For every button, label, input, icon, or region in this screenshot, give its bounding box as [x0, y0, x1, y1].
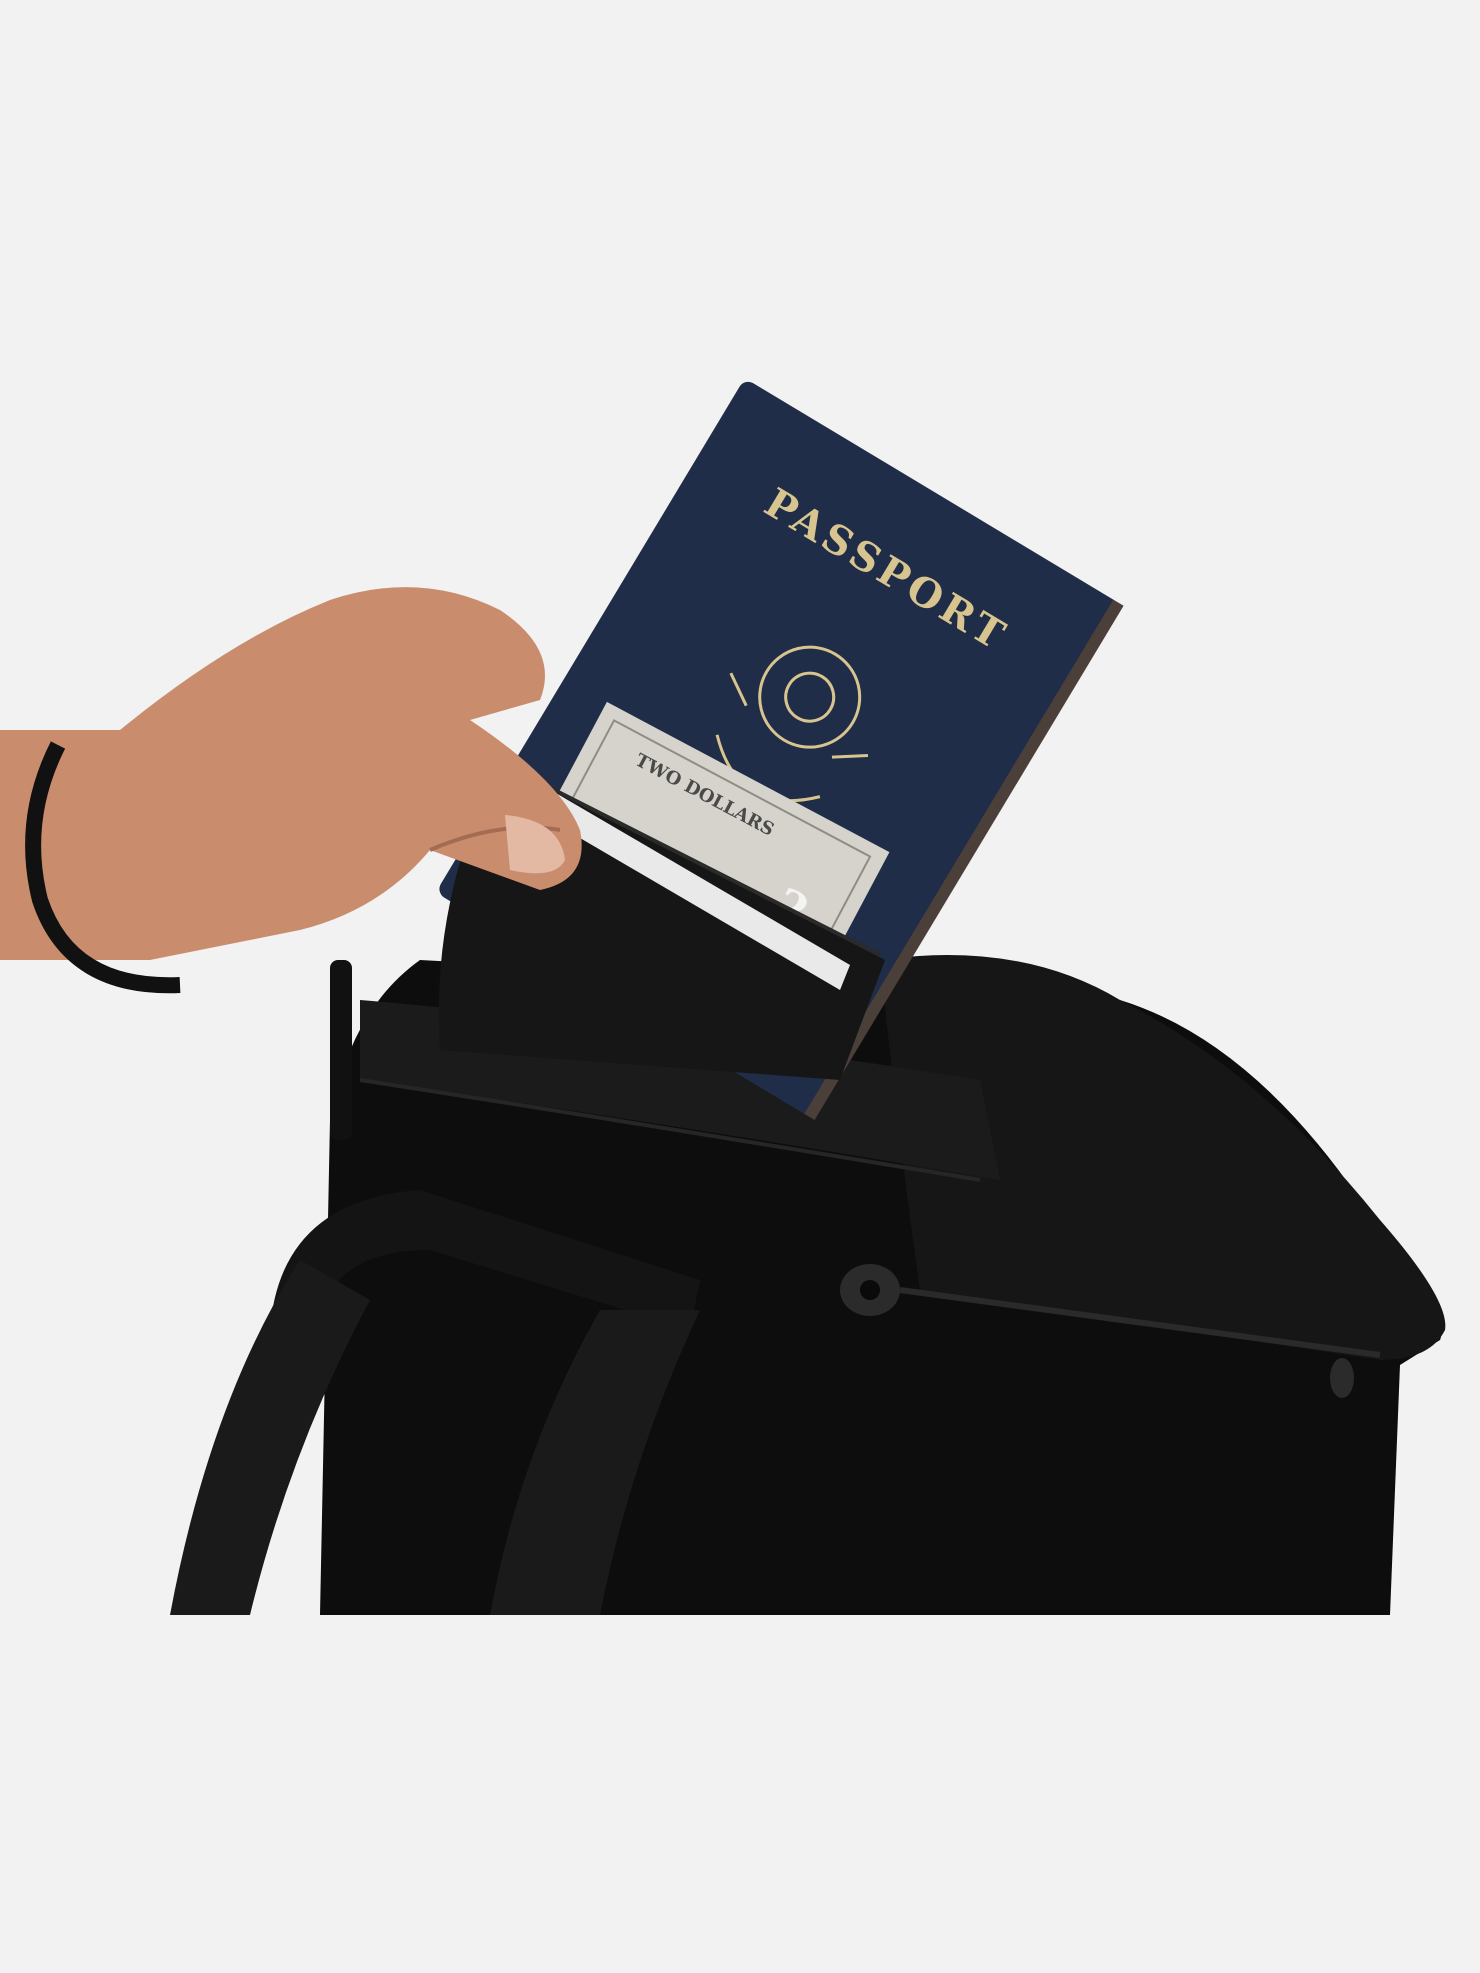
- product-photo: PASSPORT TWO DOLLARS 2: [0, 0, 1480, 1973]
